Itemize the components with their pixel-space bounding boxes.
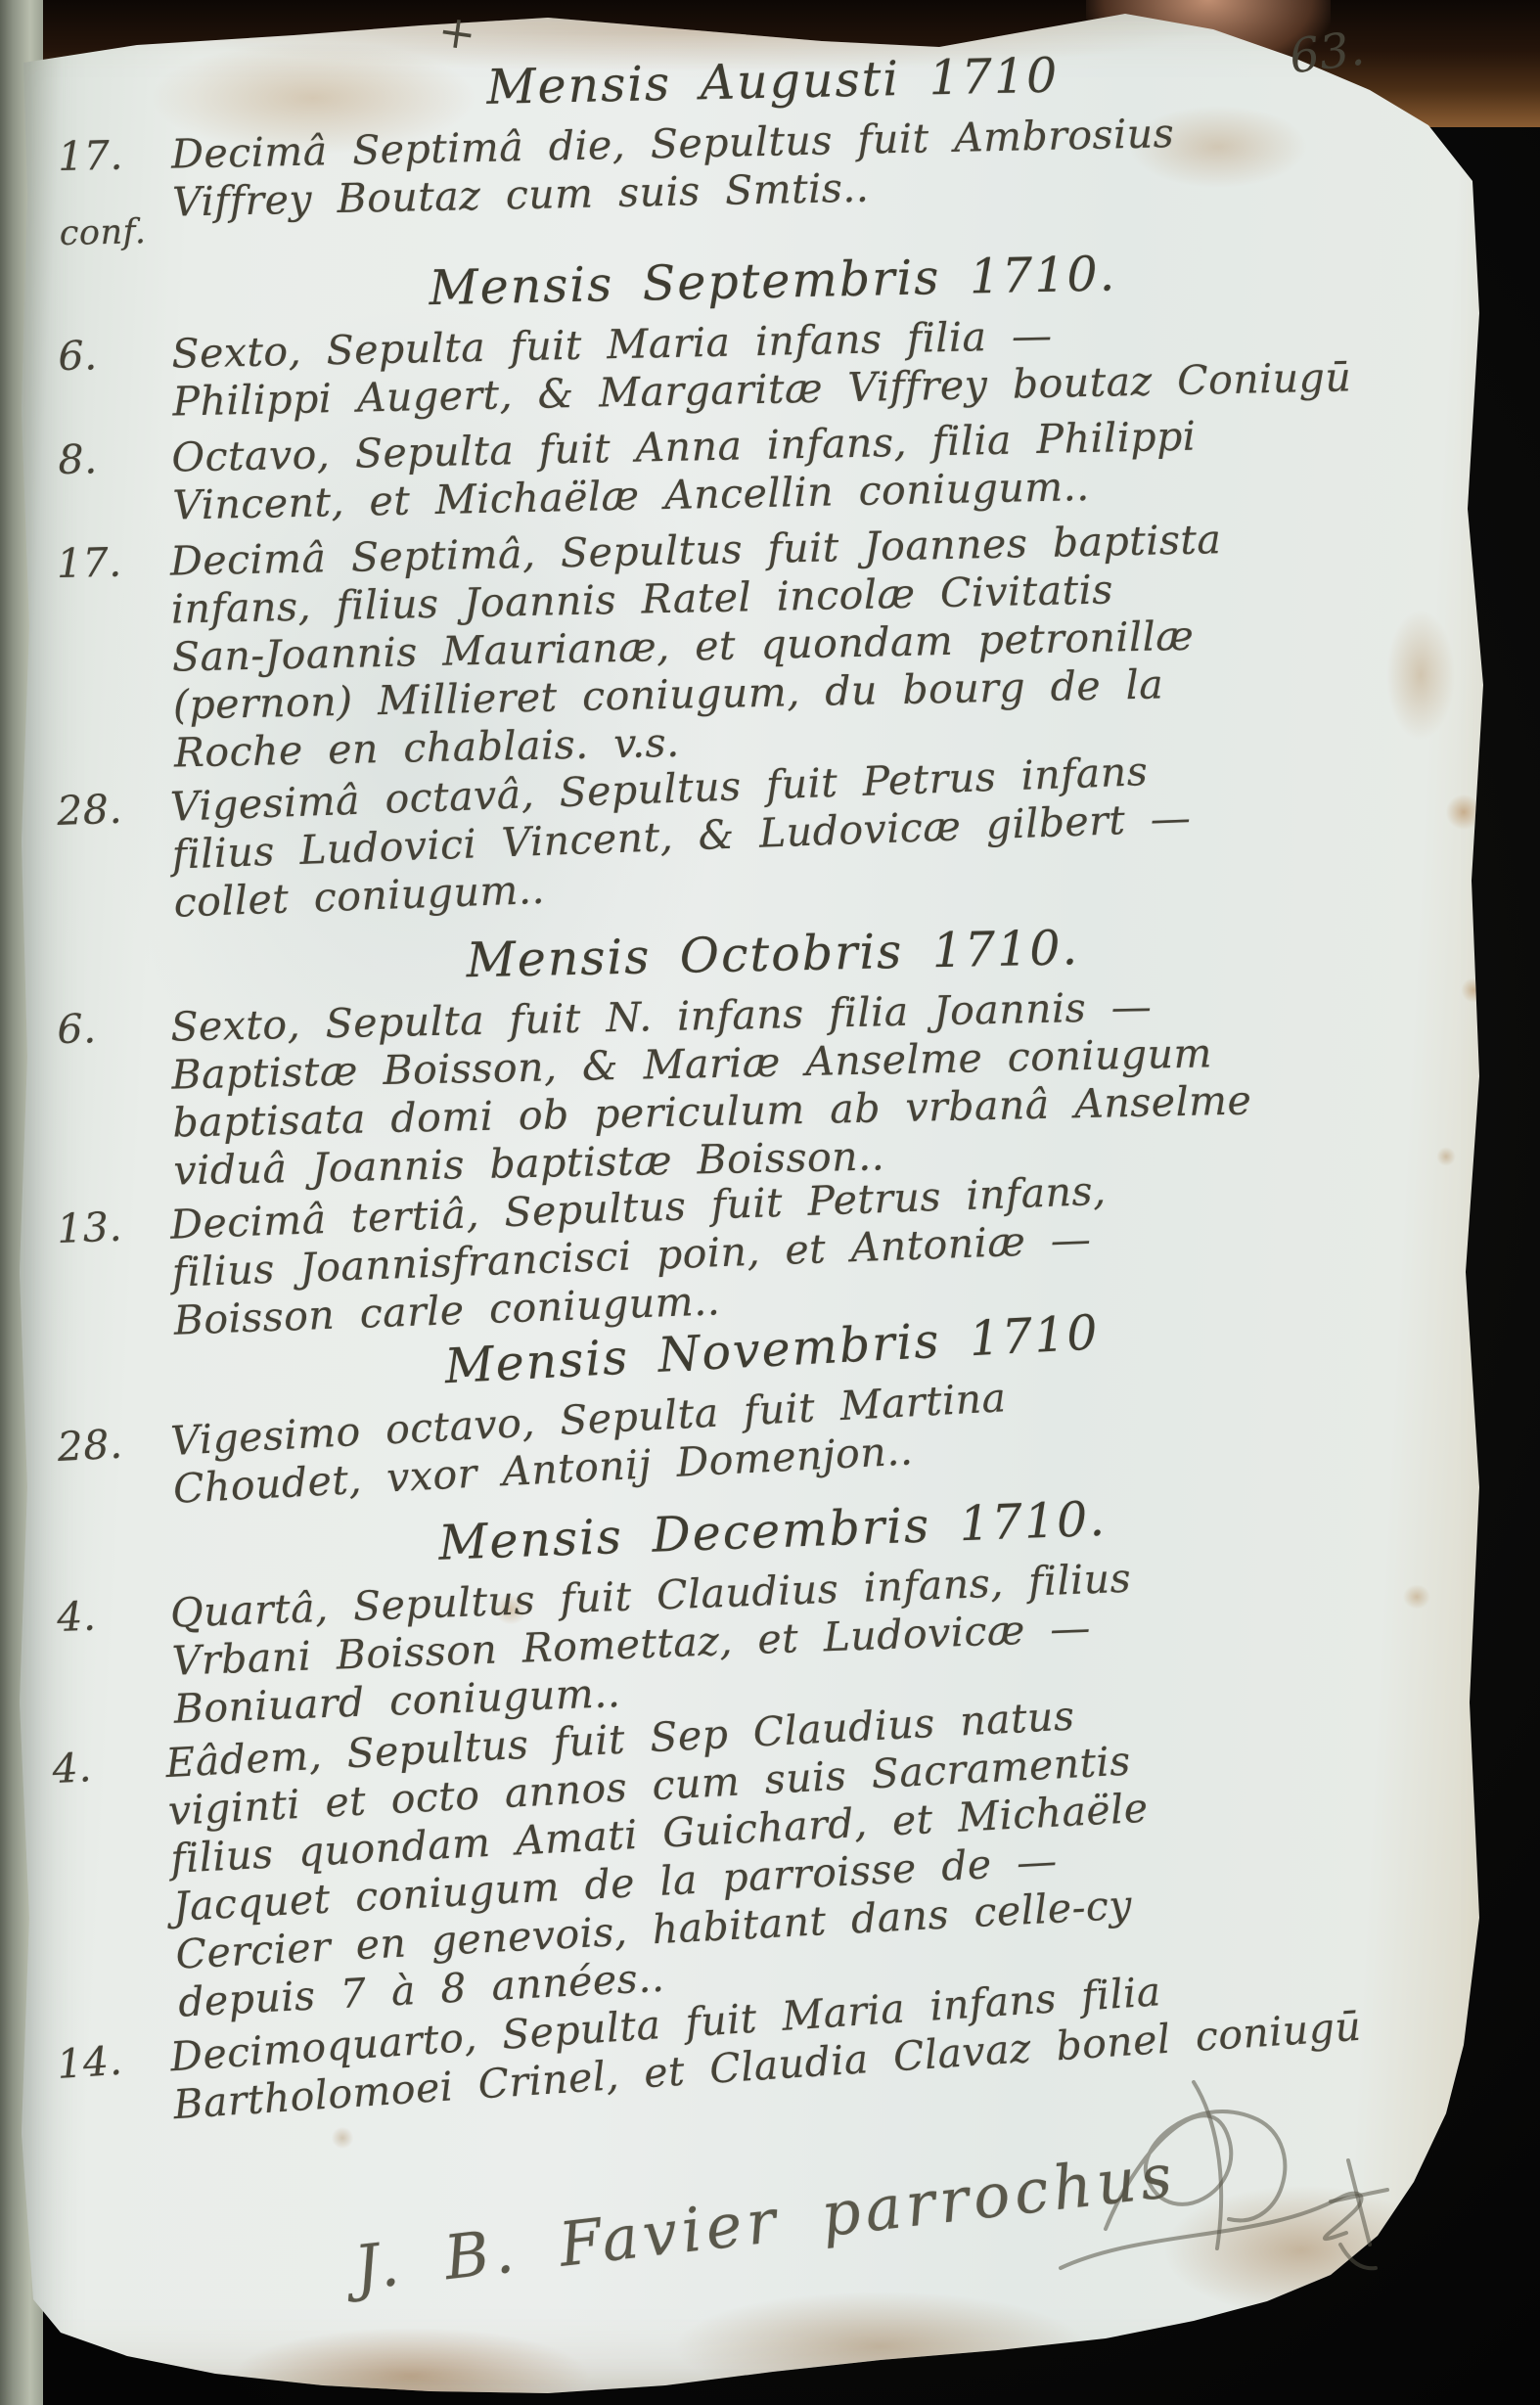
burial-entry: 6. Sexto, Sepulta fuit Maria infans fili… [58,304,1429,429]
burial-entry: 17. conf. Decimâ Septimâ die, Sepultus f… [58,105,1429,258]
entry-text: Decimâ Septimâ die, Sepultus fuit Ambros… [171,105,1429,256]
burial-entry: 17. Decimâ Septimâ, Sepultus fuit Joanne… [56,512,1430,780]
entry-day-number: 28. [56,784,174,931]
signature-block: J. B. Favier parrochus [59,2141,1428,2385]
entry-day-number: 28. [56,1418,174,1520]
signature-flourish-icon [1047,2023,1399,2337]
entry-text: Sexto, Sepulta fuit Maria infans filia —… [171,304,1429,427]
manuscript-photo: + 63. Mensis Augusti 1710 17. conf. Deci… [0,0,1540,2405]
day-value: 17. [58,131,172,181]
entry-day-number: 6. [57,1004,174,1198]
cross-mark: + [434,4,479,62]
entry-day-number: 17. conf. [58,131,174,258]
entry-day-number: 13. [56,1202,174,1349]
entry-day-number: 17. [56,538,174,780]
burial-entry: 8. Octavo, Sepulta fuit Anna infans, fil… [58,408,1429,532]
entry-day-number: 14. [56,2033,175,2136]
entry-text: Octavo, Sepulta fuit Anna infans, filia … [171,408,1429,530]
entry-text: Decimâ Septimâ, Sepultus fuit Joannes ba… [169,512,1430,778]
entry-day-number: 4. [51,1740,179,2033]
entry-day-number: 6. [58,331,173,429]
page-number: 63. [1287,22,1368,85]
margin-note: conf. [59,208,173,258]
entry-day-number: 8. [58,434,173,532]
entry-day-number: 4. [56,1590,174,1738]
register-content: Mensis Augusti 1710 17. conf. Decimâ Sep… [59,59,1428,2385]
